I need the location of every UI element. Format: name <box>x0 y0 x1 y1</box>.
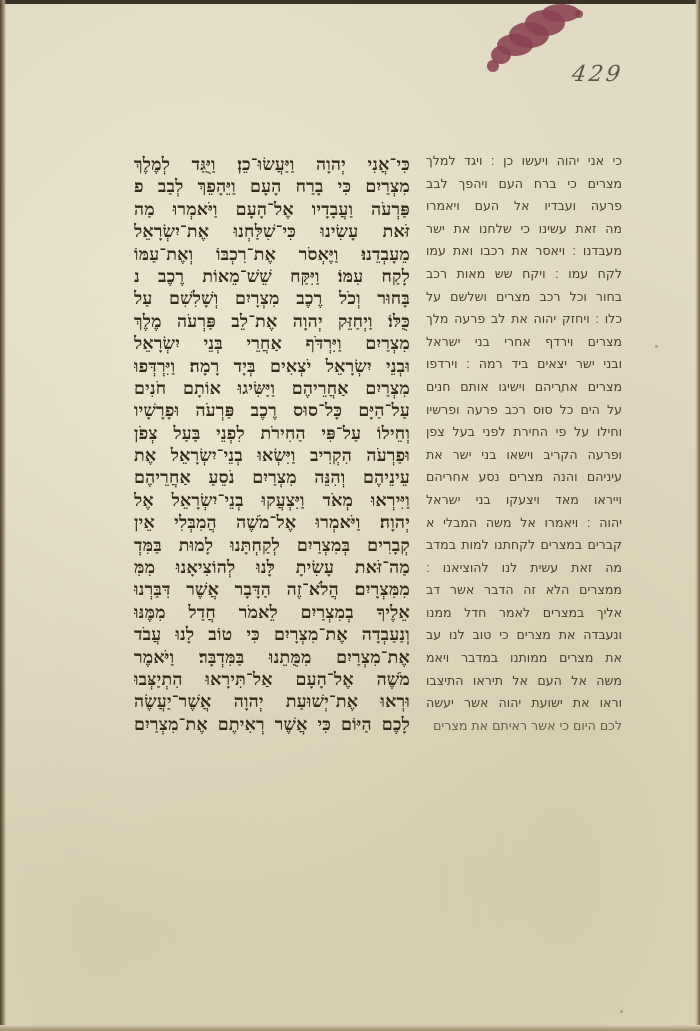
main-text-line: וְנַעַבְדָה אֶת־מִצְרָיִם כִּי טוֹב לָנו… <box>134 624 410 646</box>
parallel-text-line: ונעבדה את מצרים כי טוב לנו עב <box>426 624 622 647</box>
main-text-line: פַּרְעֹה וַעֲבָדָיו אֶל־הָעָם וַיֹּאמְרו… <box>134 199 410 221</box>
parallel-text-line: מצרים כי ברח העם ויהפך לבב <box>426 173 622 196</box>
parallel-text-line: מה זאת עשינו כי שלחנו את ישר <box>426 218 622 241</box>
main-text-line: מִצְרַיִם וַיִּרְדֹּף אַחֲרֵי בְּנֵי יִש… <box>134 333 410 355</box>
main-text-line: לָכֶם הַיּוֹם כִּי אֲשֶׁר רְאִיתֶם אֶת־מ… <box>134 714 410 736</box>
parallel-text-line: וחילו על פי החירת לפני בעל צפן <box>426 421 622 444</box>
parallel-text-line: פרעה ועבדיו אל העם ויאמרו <box>426 195 622 218</box>
main-text-line: וּבְנֵי יִשְׂרָאֵל יֹצְאִים בְּיָד רָמָה… <box>134 356 410 378</box>
parallel-text-line: קברים במצרים לקחתנו למות במדב <box>426 534 622 557</box>
folio-number: 429 <box>570 62 634 87</box>
parallel-text-line: את מצרים ממותנו במדבר ויאמ <box>426 647 622 670</box>
parallel-text-line: יהוה ׃ ויאמרו אל משה המבלי א <box>426 512 622 535</box>
parallel-text-line: משה אל העם אל תיראו התיצבו <box>426 670 622 693</box>
main-text-line: יְהוָה׃ וַיֹּאמְרוּ אֶל־מֹשֶׁה הֲמִבְּלִ… <box>134 512 410 534</box>
main-text-line: מֵעָבְדֵנוּ׃ וַיֶּאְסֹר אֶת־רִכְבּוֹ וְא… <box>134 244 410 266</box>
main-text-line: אֵלֶיךָ בְמִצְרַיִם לֵאמֹר חֲדַל מִמֶּנּ… <box>134 602 410 624</box>
main-text-line: וְחֵילוֹ עַל־פִּי הַחִירֹת לִפְנֵי בַּעַ… <box>134 423 410 445</box>
main-text-column: כִּי־אֲנִי יְהוָה וַיַּעֲשׂוּ־כֵן׃ וַיֻּ… <box>134 154 410 736</box>
parchment-speck <box>655 345 658 348</box>
page-edge-right <box>695 0 700 1031</box>
main-text-line: מִמִּצְרָיִם׃ הֲלֹא־זֶה הַדָּבָר אֲשֶׁר … <box>134 579 410 601</box>
main-text-line: וּרְאוּ אֶת־יְשׁוּעַת יְהוָה אֲשֶׁר־יַעֲ… <box>134 691 410 713</box>
parallel-text-line: מה זאת עשית לנו להוציאנו ׃ <box>426 557 622 580</box>
parallel-text-line: מצרים וירדף אחרי בני ישראל <box>426 331 622 354</box>
main-text-line: עַל־הַיָּם כָּל־סוּס רֶכֶב פַּרְעֹה וּפָ… <box>134 400 410 422</box>
main-text-line: וַיִּירְאוּ מְאֹד וַיִּצְעֲקוּ בְנֵי־יִש… <box>134 490 410 512</box>
parallel-text-line: וייראו מאד ויצעקו בני ישראל <box>426 489 622 512</box>
page-edge-left <box>0 0 6 1031</box>
parchment-speck <box>620 1010 623 1013</box>
parallel-text-line: בחור וכל רכב מצרים ושלשם על <box>426 286 622 309</box>
main-text-line: כִּי־אֲנִי יְהוָה וַיַּעֲשׂוּ־כֵן׃ וַיֻּ… <box>134 154 410 176</box>
main-text-line: מֹשֶׁה אֶל־הָעָם אַל־תִּירָאוּ הִתְיַצְּ… <box>134 669 410 691</box>
parallel-text-line: ממצרים הלא זה הדבר אשר דב <box>426 579 622 602</box>
page-edge-bottom <box>0 1025 700 1031</box>
main-text-line: מַה־זֹּאת עָשִׂיתָ לָּנוּ לְהוֹצִיאָנוּ … <box>134 557 410 579</box>
main-text-line: וּפַרְעֹה הִקְרִיב וַיִּשְׂאוּ בְנֵי־יִש… <box>134 445 410 467</box>
main-text-line: מִצְרַיִם אַחֲרֵיהֶם וַיַּשִּׂיגוּ אוֹתָ… <box>134 378 410 400</box>
parallel-text-line: מעבדנו ׃ ויאסר את רכבו ואת עמו <box>426 240 622 263</box>
parallel-text-line: עיניהם והנה מצרים נסע אחריהם <box>426 466 622 489</box>
manuscript-folio: 429 כִּי־אֲנִי יְהוָה וַיַּעֲשׂוּ־כֵן׃ ו… <box>0 0 700 1031</box>
parallel-text-line: כי אני יהוה ויעשו כן ׃ ויגד למלך <box>426 150 622 173</box>
main-text-line: קְבָרִים בְּמִצְרַיִם לְקַחְתָּנוּ לָמוּ… <box>134 535 410 557</box>
main-text-line: עֵינֵיהֶם וְהִנֵּה מִצְרַיִם נֹסֵעַ אַחֲ… <box>134 467 410 489</box>
main-text-line: זֹּאת עָשִׂינוּ כִּי־שִׁלַּחְנוּ אֶת־יִש… <box>134 221 410 243</box>
main-text-line: בָּחוּר וְכֹל רֶכֶב מִצְרָיִם וְשָׁלִשִׁ… <box>134 288 410 310</box>
parallel-text-line: ובני ישר יצאים ביד רמה ׃ וירדפו <box>426 353 622 376</box>
parallel-text-line: וראו את ישועת יהוה אשר יעשה <box>426 692 622 715</box>
parallel-text-line: לכם היום כי אשר ראיתם את מצרים <box>426 715 622 738</box>
parallel-text-line: ופרעה הקריב וישאו בני ישר את <box>426 444 622 467</box>
page-edge-top <box>0 0 700 4</box>
main-text-line: מִצְרַיִם כִּי בָרַח הָעָם וַיֵּהָפֵךְ ל… <box>134 176 410 198</box>
main-text-line: כֻּלּוֹ׃ וַיְחַזֵּק יְהוָה אֶת־לֵב פַּרְ… <box>134 311 410 333</box>
parallel-text-line: לקח עמו ׃ ויקח שש מאות רכב <box>426 263 622 286</box>
parallel-text-line: מצרים אחריהם וישיגו אותם חנים <box>426 376 622 399</box>
parallel-text-line: על הים כל סוס רכב פרעה ופרשיו <box>426 399 622 422</box>
parchment-speck <box>560 390 563 393</box>
ink-stain <box>487 4 582 70</box>
main-text-line: לָקַח עִמּוֹ׃ וַיִּקַּח שֵׁשׁ־מֵאוֹת רֶכ… <box>134 266 410 288</box>
parallel-text-line: אליך במצרים לאמר חדל ממנו <box>426 602 622 625</box>
main-text-line: אֶת־מִצְרַיִם מִמֻּתֵנוּ בַּמִּדְבָּר׃ ו… <box>134 647 410 669</box>
parallel-text-line: כלו ׃ ויחזק יהוה את לב פרעה מלך <box>426 308 622 331</box>
parallel-text-column: כי אני יהוה ויעשו כן ׃ ויגד למלךמצרים כי… <box>426 150 622 737</box>
